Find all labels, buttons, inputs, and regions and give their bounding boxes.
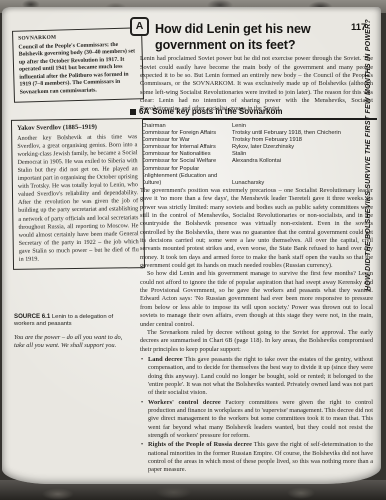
decree-title: Workers' control decree bbox=[148, 399, 221, 406]
post-cell: Commissar for War bbox=[141, 137, 232, 144]
key-term-box: SOVNARKOM Council of the People's Commis… bbox=[12, 27, 144, 103]
source-6-1: SOURCE 6.1 Lenin to a delegation of work… bbox=[14, 313, 133, 350]
table-row: Commissar for Internal Affairs Rykov, la… bbox=[141, 144, 377, 151]
post-cell: Chairman bbox=[141, 123, 232, 130]
decree-item: Rights of the People of Russia decree Th… bbox=[148, 441, 373, 474]
decree-list: Land decree This gave peasants the right… bbox=[140, 356, 373, 475]
table-row: Commissar for Social Welfare Alexandra K… bbox=[141, 158, 377, 165]
table-row: Chairman Lenin bbox=[141, 123, 377, 130]
body-paragraph-1: The government's position was extremely … bbox=[140, 187, 373, 270]
chart-label: 6A bbox=[139, 107, 149, 116]
post-cell: Commissar for Internal Affairs bbox=[141, 144, 232, 151]
decree-title: Land decree bbox=[148, 356, 183, 363]
decree-title: Rights of the People of Russia decree bbox=[148, 441, 252, 448]
source-header: SOURCE 6.1 Lenin to a delegation of work… bbox=[14, 313, 133, 329]
holder-cell: Stalin bbox=[232, 151, 377, 158]
table-row: Commissar for War Trotsky from February … bbox=[141, 137, 377, 144]
page-title: How did Lenin get his new government on … bbox=[155, 22, 343, 53]
post-cell: Commissar for Popular Enlightenment (Edu… bbox=[141, 166, 232, 187]
body-paragraph-3: The Sovnarkom ruled by decree without go… bbox=[140, 329, 373, 354]
chart-icon bbox=[130, 109, 136, 115]
holder-cell: Rykov, later Dzerzhinsky bbox=[232, 144, 377, 151]
activity-a-icon: A bbox=[130, 17, 149, 36]
chapter-side-tab: HOW DID THE BOLSHEVIKS SURVIVE THE FIRST… bbox=[365, 27, 379, 291]
post-cell: Commissar for Social Welfare bbox=[141, 158, 232, 165]
source-label: SOURCE 6.1 bbox=[14, 313, 50, 320]
holder-cell: Trotsky until February 1918, then Chiche… bbox=[232, 130, 377, 137]
decree-item: Workers' control decree Factory committe… bbox=[148, 399, 373, 441]
holder-cell: Alexandra Kollontai bbox=[232, 158, 377, 165]
biography-text: Another key Bolshevik at this time was S… bbox=[17, 133, 139, 263]
biography-title: Yakov Sverdlov (1885–1919) bbox=[17, 123, 137, 133]
holder-cell: Trotsky from February 1918 bbox=[232, 137, 377, 144]
decree-item: Land decree This gave peasants the right… bbox=[148, 356, 373, 398]
post-cell: Commissar for Nationalities bbox=[141, 151, 232, 158]
intro-paragraph: Lenin had proclaimed Soviet power but he… bbox=[140, 55, 373, 113]
source-quote: You are the power – do all you want to d… bbox=[14, 334, 133, 351]
holder-cell: Lunacharsky bbox=[232, 180, 377, 187]
chart-6a-header: 6A Some key posts in the Sovnarkom bbox=[130, 107, 377, 120]
chart-6a-rows: Chairman Lenin Commissar for Foreign Aff… bbox=[130, 123, 377, 187]
chart-title: Some key posts in the Sovnarkom bbox=[152, 107, 282, 116]
holder-cell: Lenin bbox=[232, 123, 377, 130]
body-paragraph-2: So how did Lenin and his government mana… bbox=[140, 270, 373, 328]
main-body: The government's position was extremely … bbox=[140, 187, 373, 476]
biography-box: Yakov Sverdlov (1885–1919) Another key B… bbox=[11, 118, 145, 270]
chart-6a: 6A Some key posts in the Sovnarkom Chair… bbox=[130, 107, 377, 187]
post-cell: Commissar for Foreign Affairs bbox=[141, 130, 232, 137]
table-row: Commissar for Foreign Affairs Trotsky un… bbox=[141, 130, 377, 137]
table-row: Commissar for Nationalities Stalin bbox=[141, 151, 377, 158]
textbook-page: SOVNARKOM Council of the People's Commis… bbox=[2, 7, 381, 484]
key-term-definition: Council of the People's Commissars; the … bbox=[18, 41, 135, 95]
table-row: Commissar for Popular Enlightenment (Edu… bbox=[141, 166, 377, 187]
